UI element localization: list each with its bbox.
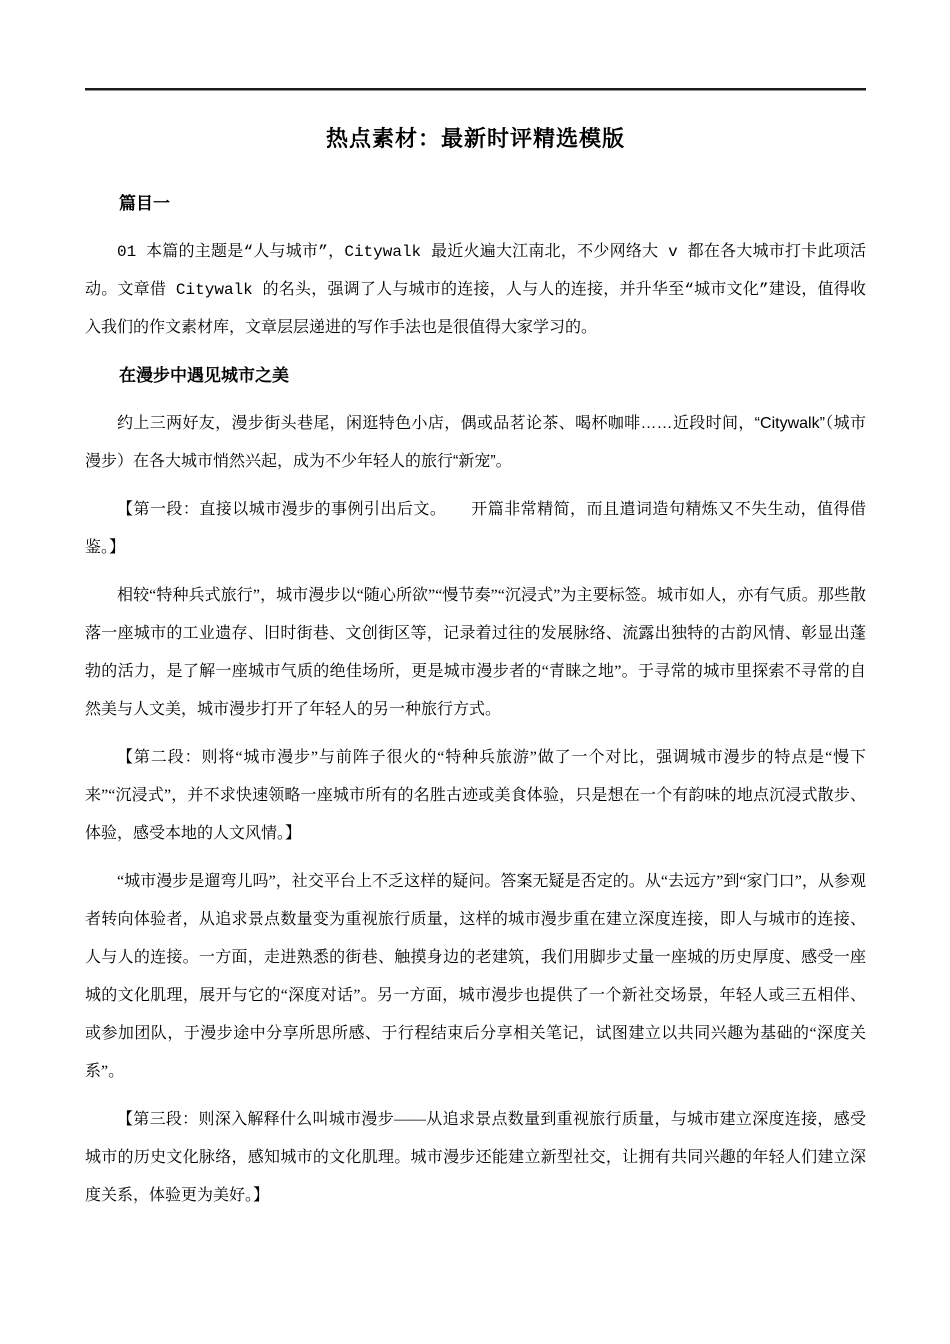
essay-paragraph-3: “城市漫步是遛弯儿吗”，社交平台上不乏这样的疑问。答案无疑是否定的。从“去远方”… (85, 863, 866, 1091)
document-page: 热点素材：最新时评精选模版 篇目一 01 本篇的主题是“人与城市”，Citywa… (0, 0, 950, 1344)
essay-paragraph-1: 约上三两好友，漫步街头巷尾，闲逛特色小店，偶或品茗论茶、喝杯咖啡……近段时间，“… (85, 405, 866, 481)
essay-title: 在漫步中遇见城市之美 (85, 357, 866, 395)
intro-note-paragraph: 01 本篇的主题是“人与城市”，Citywalk 最近火遍大江南北，不少网络大 … (85, 233, 866, 347)
essay-paragraph-2: 相较“特种兵式旅行”，城市漫步以“随心所欲”“慢节奏”“沉浸式”为主要标签。城市… (85, 577, 866, 729)
commentary-2: 【第二段：则将“城市漫步”与前阵子很火的“特种兵旅游”做了一个对比，强调城市漫步… (85, 739, 866, 853)
document-content: 热点素材：最新时评精选模版 篇目一 01 本篇的主题是“人与城市”，Citywa… (85, 88, 866, 1215)
header-rule (85, 88, 866, 91)
document-title: 热点素材：最新时评精选模版 (85, 117, 866, 161)
section-label: 篇目一 (85, 185, 866, 223)
commentary-3: 【第三段：则深入解释什么叫城市漫步——从追求景点数量到重视旅行质量，与城市建立深… (85, 1101, 866, 1215)
commentary-1: 【第一段：直接以城市漫步的事例引出后文。 开篇非常精简，而且遣词造句精炼又不失生… (85, 491, 866, 567)
